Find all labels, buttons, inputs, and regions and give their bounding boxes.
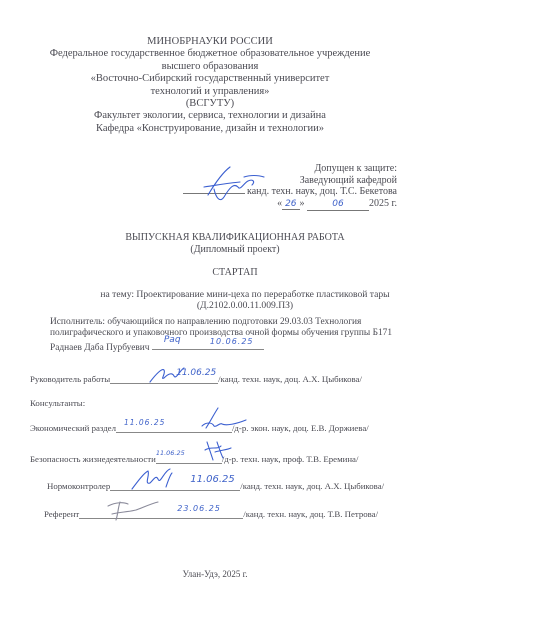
signoff-safety: Безопасность жизнедеятельности 11.06.25 … [30,452,358,464]
institution-header: МИНОБРНАУКИ РОССИИ Федеральное государст… [0,36,420,135]
work-title: ВЫПУСКНАЯ КВАЛИФИКАЦИОННАЯ РАБОТА (Дипло… [0,232,470,255]
faculty-name: Факультет экологии, сервиса, технологии … [0,110,420,122]
institution-type: Федеральное государственное бюджетное об… [0,48,420,60]
document-code: (Д.2102.0.00.11.009.ПЗ) [0,300,490,311]
executor-name: Раднаев Даба Пурбуевич [50,343,150,353]
approval-day: 26 [282,199,299,210]
topic-text: на тему: Проектирование мини-цеха по пер… [0,289,490,300]
signoff-label: Руководитель работы [30,374,110,384]
signoff-date: 23.06.25 [177,504,221,513]
signoff-label: Референт [44,509,79,519]
signoff-normcontrol: Нормоконтролер 11.06.25 /канд. техн. нау… [47,479,384,491]
normcontrol-signature-icon [130,467,180,493]
department-name: Кафедра «Конструирование, дизайн и техно… [0,123,420,135]
signoff-label: Экономический раздел [30,423,116,433]
executor-signature: Раq [164,335,181,346]
safety-signature-icon [203,440,233,462]
signoff-person: /д-р. техн. наук, проф. Т.В. Еремина/ [222,454,359,464]
signoff-person: /канд. техн. наук, доц. А.Х. Цыбикова/ [240,481,384,491]
executor-line1: Исполнитель: обучающийся по направлению … [50,317,392,328]
signoff-supervisor: Руководитель работы 11.06.25 /канд. техн… [30,372,362,384]
ministry-name: МИНОБРНАУКИ РОССИИ [0,36,420,48]
university-name-cont: технологий и управления» [0,86,420,98]
university-name: «Восточно-Сибирский государственный унив… [0,73,420,85]
signoff-date: 11.06.25 [190,474,235,485]
work-type: СТАРТАП [0,267,470,278]
consultants-label: Консультанты: [30,398,85,408]
signoff-date: 11.06.25 [156,449,185,457]
executor-date: 10.06.25 [210,336,254,347]
work-title-sub: (Дипломный проект) [0,244,470,256]
signoff-date: 11.06.25 [124,418,165,427]
signoff-referent: Референт 23.06.25 /канд. техн. наук, доц… [44,507,378,519]
executor-block: Исполнитель: обучающийся по направлению … [50,317,392,355]
signoff-label: Безопасность жизнедеятельности [30,454,156,464]
work-topic: на тему: Проектирование мини-цеха по пер… [0,289,490,312]
executor-signature-line: Раq 10.06.25 [152,339,264,350]
supervisor-signature-icon [148,366,188,386]
city-year: Улан-Удэ, 2025 г. [0,569,430,579]
approval-year: 2025 г. [369,198,397,209]
referent-signature-icon [106,498,166,524]
signoff-person: /канд. техн. наук, доц. А.Х. Цыбикова/ [218,374,362,384]
executor-name-line: Раднаев Даба Пурбуевич Раq 10.06.25 [50,339,392,354]
work-title-main: ВЫПУСКНАЯ КВАЛИФИКАЦИОННАЯ РАБОТА [0,232,470,244]
university-abbr: (ВСГУТУ) [0,98,420,110]
signoff-label: Нормоконтролер [47,481,110,491]
economic-signature-icon [200,406,248,432]
signoff-person: /д-р. экон. наук, доц. Е.В. Доржиева/ [232,423,369,433]
approval-month: 06 [307,199,369,212]
head-signature-icon [200,165,270,205]
signoff-person: /канд. техн. наук, доц. Т.В. Петрова/ [243,509,378,519]
institution-level: высшего образования [0,61,420,73]
